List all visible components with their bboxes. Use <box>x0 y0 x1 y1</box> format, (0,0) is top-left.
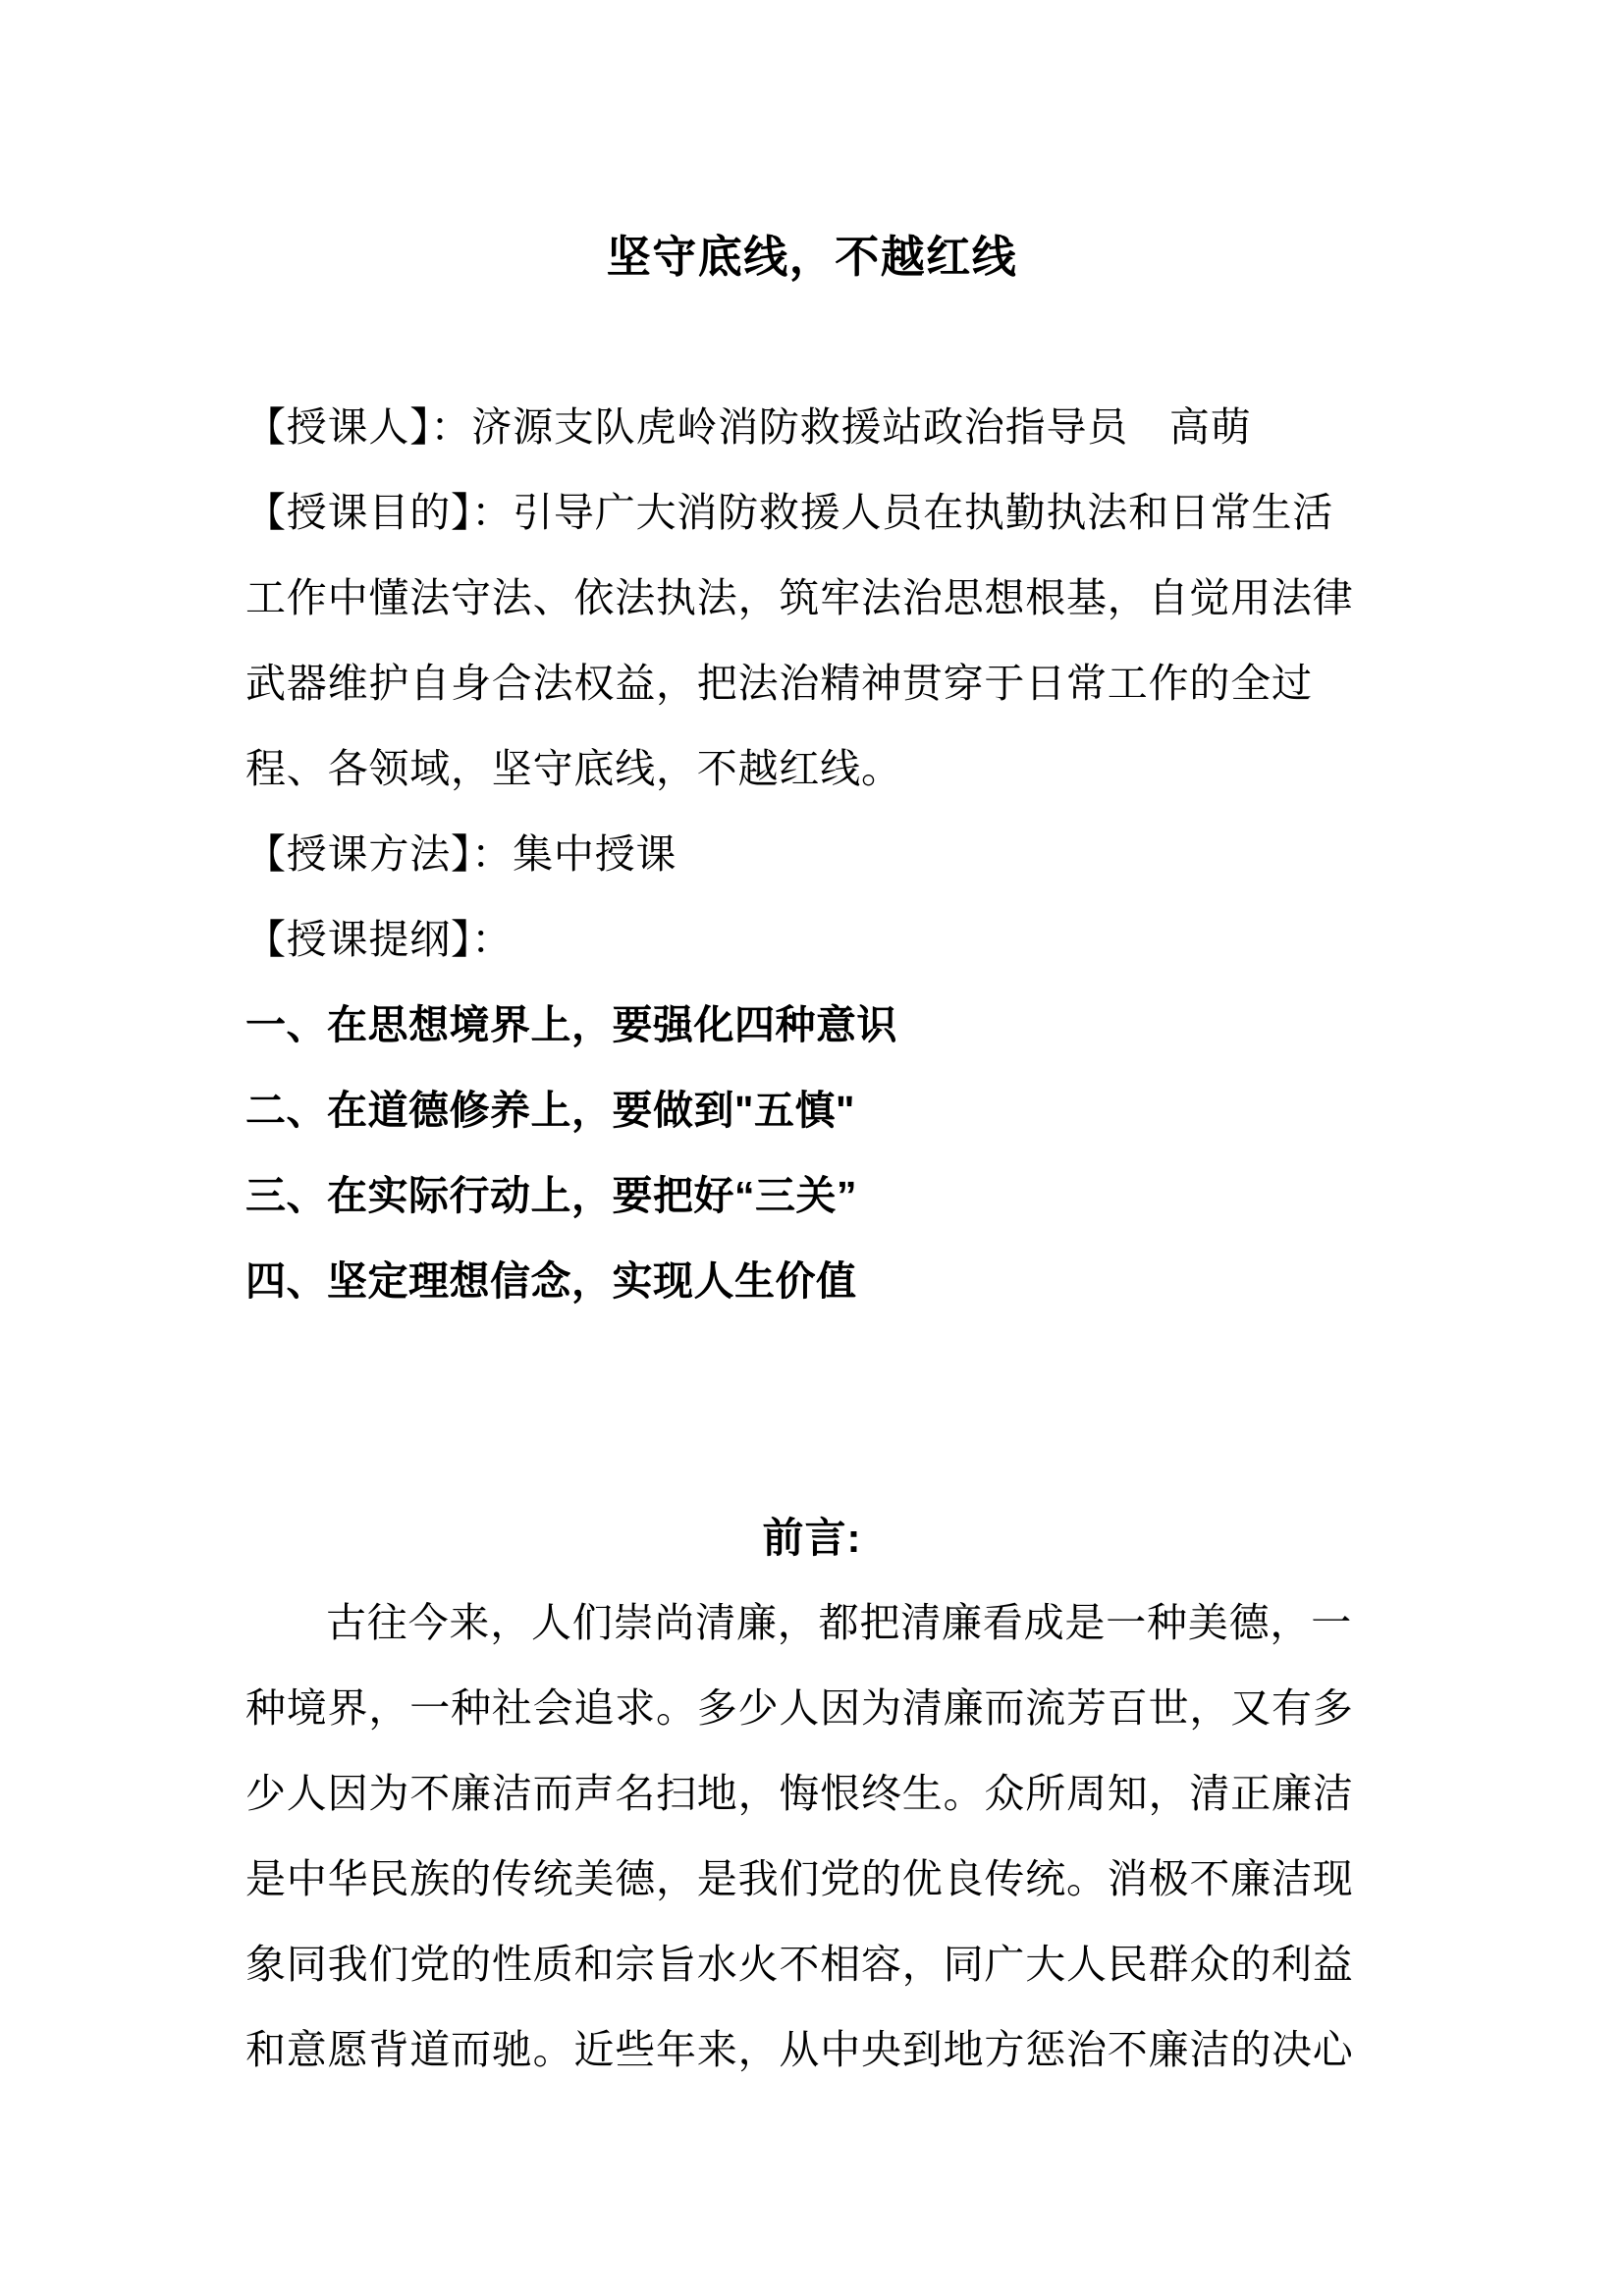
text-line: 【授课方法】：集中授课 <box>245 812 1379 897</box>
text-line: 【授课人】：济源支队虎岭消防救援站政治指导员 高萌 <box>245 385 1379 470</box>
text-line: 一、在思想境界上，要强化四种意识 <box>245 983 1379 1068</box>
text-line: 四、坚定理想信念，实现人生价值 <box>245 1239 1379 1324</box>
text-line: 程、各领域，坚守底线，不越红线。 <box>245 726 1379 812</box>
text-line: 二、在道德修养上，要做到"五慎" <box>245 1068 1379 1153</box>
preface-paragraph: 古往今来，人们崇尚清廉，都把清廉看成是一种美德，一种境界，一种社会追求。多少人因… <box>245 1580 1379 2093</box>
outline-section: 一、在思想境界上，要强化四种意识二、在道德修养上，要做到"五慎"三、在实际行动上… <box>245 983 1379 1324</box>
document-page: 坚守底线，不越红线 【授课人】：济源支队虎岭消防救援站政治指导员 高萌【授课目的… <box>0 0 1624 2296</box>
text-line: 三、在实际行动上，要把好“三关” <box>245 1153 1379 1239</box>
text-line: 种境界，一种社会追求。多少人因为清廉而流芳百世，又有多 <box>245 1666 1379 1751</box>
text-line: 武器维护自身合法权益，把法治精神贯穿于日常工作的全过 <box>245 641 1379 726</box>
text-line: 工作中懂法守法、依法执法，筑牢法治思想根基，自觉用法律 <box>245 556 1379 641</box>
text-line: 【授课目的】：引导广大消防救援人员在执勤执法和日常生活 <box>245 470 1379 556</box>
text-line: 和意愿背道而驰。近些年来，从中央到地方惩治不廉洁的决心 <box>245 2007 1379 2093</box>
document-title: 坚守底线，不越红线 <box>245 214 1379 299</box>
preface-heading: 前言: <box>245 1495 1379 1580</box>
text-line: 少人因为不廉洁而声名扫地，悔恨终生。众所周知，清正廉洁 <box>245 1751 1379 1837</box>
meta-section: 【授课人】：济源支队虎岭消防救援站政治指导员 高萌【授课目的】：引导广大消防救援… <box>245 385 1379 983</box>
text-line: 是中华民族的传统美德，是我们党的优良传统。消极不廉洁现 <box>245 1837 1379 1922</box>
text-line: 【授课提纲】： <box>245 897 1379 983</box>
text-line: 象同我们党的性质和宗旨水火不相容，同广大人民群众的利益 <box>245 1922 1379 2007</box>
text-line: 古往今来，人们崇尚清廉，都把清廉看成是一种美德，一 <box>245 1580 1379 1666</box>
